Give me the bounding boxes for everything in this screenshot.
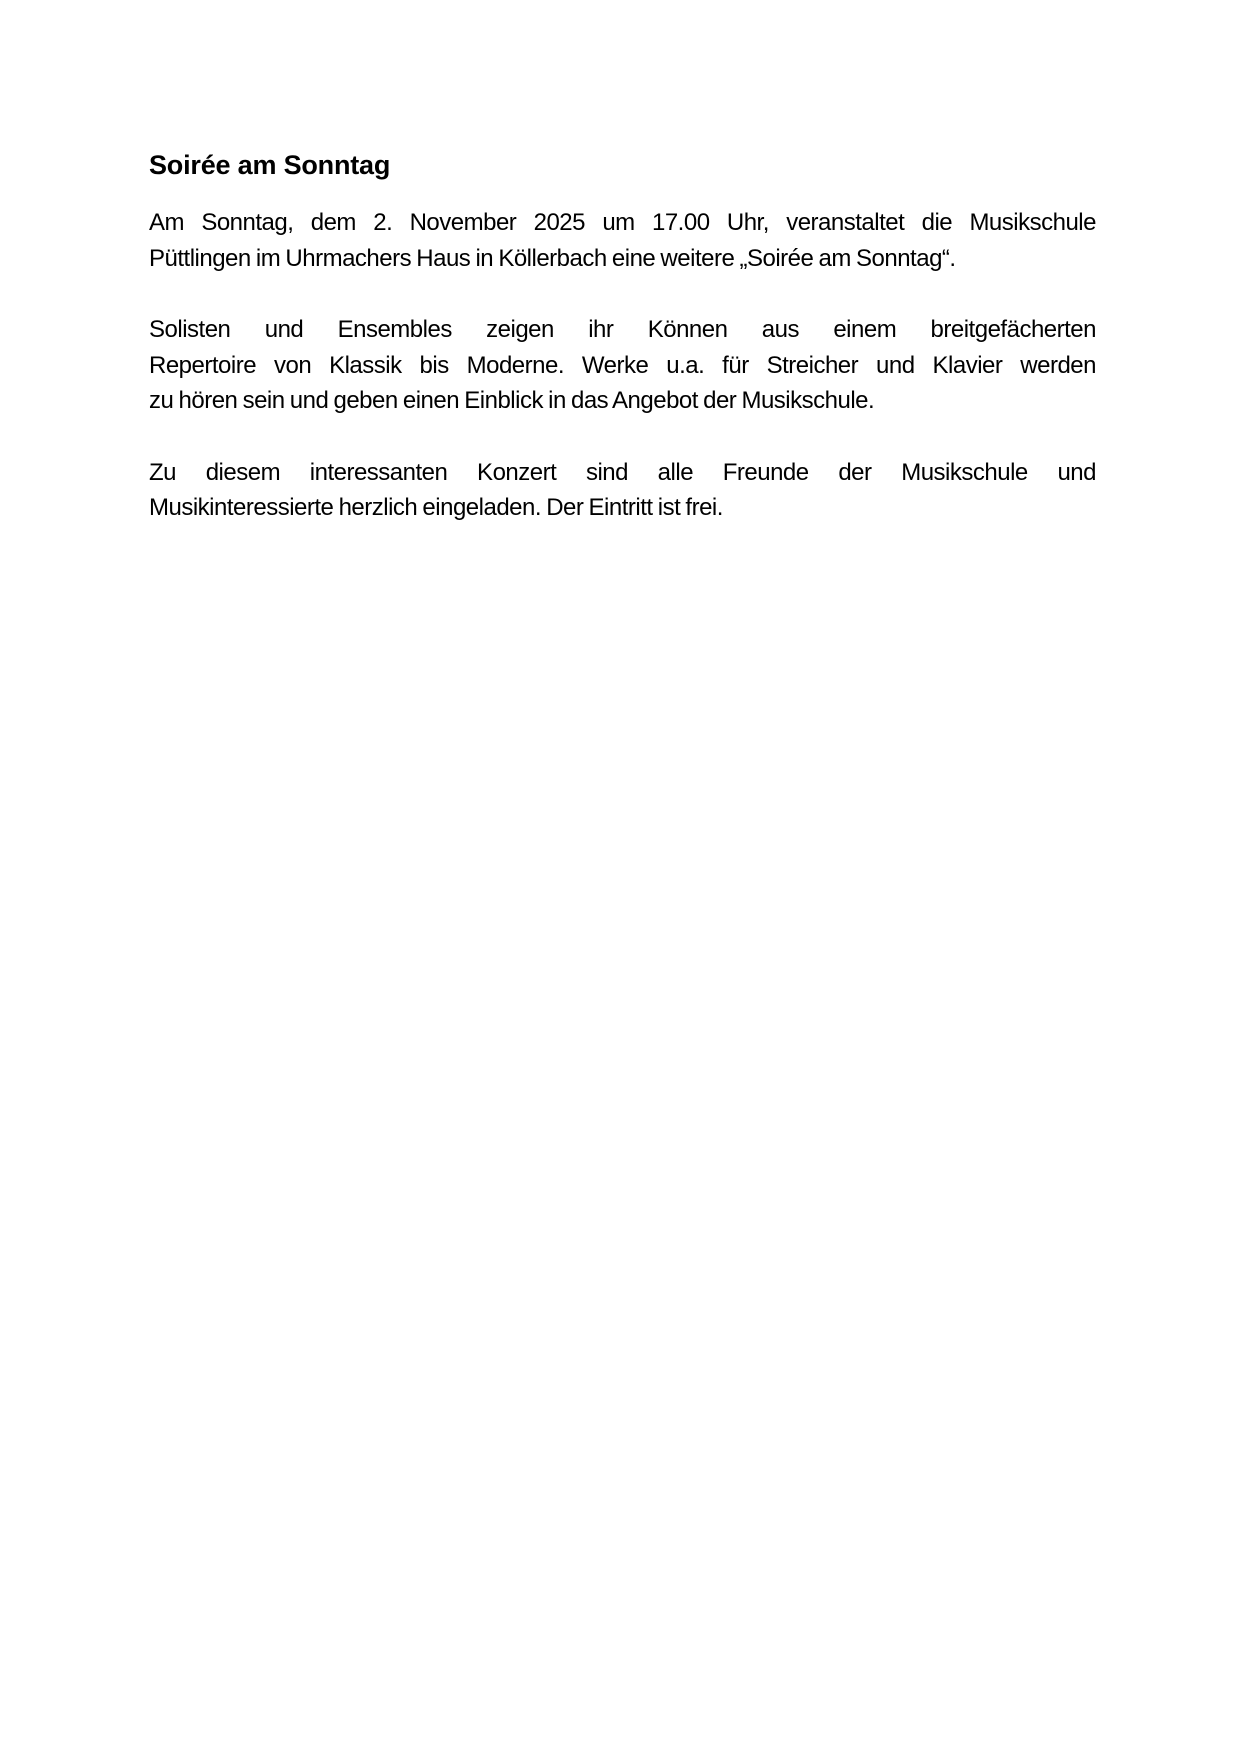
paragraph-program-description: Solisten und Ensembles zeigen ihr Können… xyxy=(149,312,1096,419)
paragraph-invitation: Zu diesem interessanten Konzert sind all… xyxy=(149,455,1096,526)
paragraph-line: Musikinteressierte herzlich eingeladen. … xyxy=(149,490,1096,526)
paragraph-line: Am Sonntag, dem 2. November 2025 um 17.0… xyxy=(149,205,1096,241)
document-title: Soirée am Sonntag xyxy=(149,148,1096,182)
document-page: Soirée am Sonntag Am Sonntag, dem 2. Nov… xyxy=(149,148,1096,526)
paragraph-line: Püttlingen im Uhrmachers Haus in Köllerb… xyxy=(149,241,1096,277)
paragraph-line: Repertoire von Klassik bis Moderne. Werk… xyxy=(149,348,1096,384)
paragraph-line: Solisten und Ensembles zeigen ihr Können… xyxy=(149,312,1096,348)
paragraph-line: zu hören sein und geben einen Einblick i… xyxy=(149,383,1096,419)
paragraph-line: Zu diesem interessanten Konzert sind all… xyxy=(149,455,1096,491)
paragraph-event-announcement: Am Sonntag, dem 2. November 2025 um 17.0… xyxy=(149,205,1096,276)
